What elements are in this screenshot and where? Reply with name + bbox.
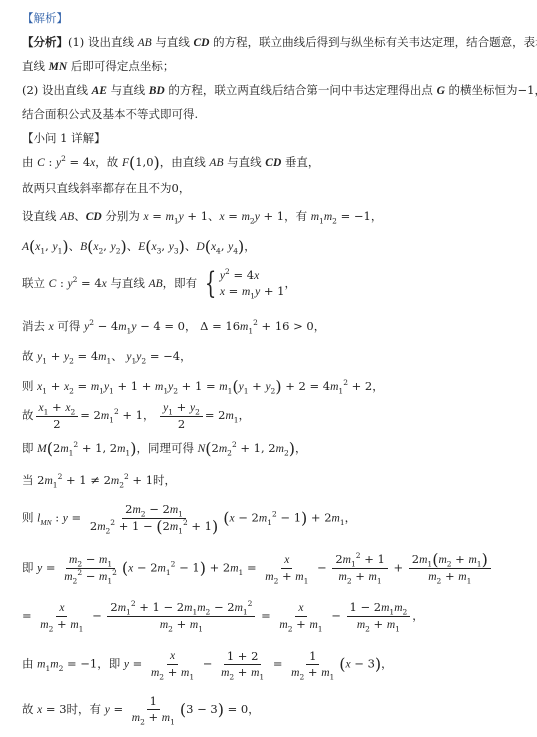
- section-title: 【解析】: [22, 10, 68, 26]
- step-6: 消去 x 可得 y2 − 4m1y − 4 = 0， Δ = 16m12 + 1…: [22, 318, 325, 335]
- step-16: 故 x = 3时，有 y = 1m2 + m1(3 − 3) = 0，: [22, 694, 260, 726]
- analysis-label: 【分析】: [22, 35, 68, 49]
- step-2: 故两只直线斜率都存在且不为0，: [22, 180, 190, 196]
- analysis-paragraph-1-cont: 直线 MN 后即可得定点坐标；: [22, 58, 174, 75]
- step-15: 由 m1m2 = −1，即 y = xm2 + m1 − 1 + 2m2 + m…: [22, 648, 393, 681]
- step-14: = xm2 + m1 − 2m12 + 1 − 2m1m2 − 2m12m2 +…: [22, 600, 424, 633]
- step-5-system: 联立 C : y2 = 4x 与直线 AB，即有 {y2 = 4xx = m1y…: [22, 268, 296, 300]
- step-11: 当 2m12 + 1 ≠ 2m22 + 1时，: [22, 472, 176, 489]
- step-4-points: A(x1, y1)、B(x2, y2)、E(x3, y3)、D(x4, y4)，: [22, 238, 256, 255]
- step-8: 则 x1 + x2 = m1y1 + 1 + m1y2 + 1 = m1(y1 …: [22, 378, 384, 395]
- step-3: 设直线 AB、CD 分别为 x = m1y + 1、x = m2y + 1，有 …: [22, 208, 382, 225]
- analysis-paragraph-1: 【分析】(1) 设出直线 AB 与直线 CD 的方程，联立曲线后得到与纵坐标有关…: [22, 34, 537, 51]
- analysis-paragraph-2: (2) 设出直线 AE 与直线 BD 的方程，联立两直线后结合第一问中韦达定理得…: [22, 82, 537, 99]
- analysis-paragraph-2-cont: 结合面积公式及基本不等式即可得.: [22, 106, 198, 122]
- step-7: 故 y1 + y2 = 4m1、 y1y2 = −4，: [22, 348, 192, 365]
- equation-system: {y2 = 4xx = m1y + 1: [201, 268, 285, 300]
- step-1: 由 C : y2 = 4x，故 F(1,0)，由直线 AB 与直线 CD 垂直，: [22, 154, 319, 171]
- step-10: 即 M(2m12 + 1, 2m1)，同理可得 N(2m22 + 1, 2m2)…: [22, 440, 306, 457]
- step-9: 故x1 + x22= 2m12 + 1， y1 + y22= 2m1，: [22, 400, 250, 432]
- step-13: 即 y = m2 − m1m22 − m12(x − 2m12 − 1) + 2…: [22, 552, 493, 585]
- step-12-line-MN: 则 lMN : y = 2m2 − 2m12m22 + 1 − (2m12 + …: [22, 502, 356, 535]
- sub-question-1-title: 【小问 1 详解】: [22, 130, 106, 146]
